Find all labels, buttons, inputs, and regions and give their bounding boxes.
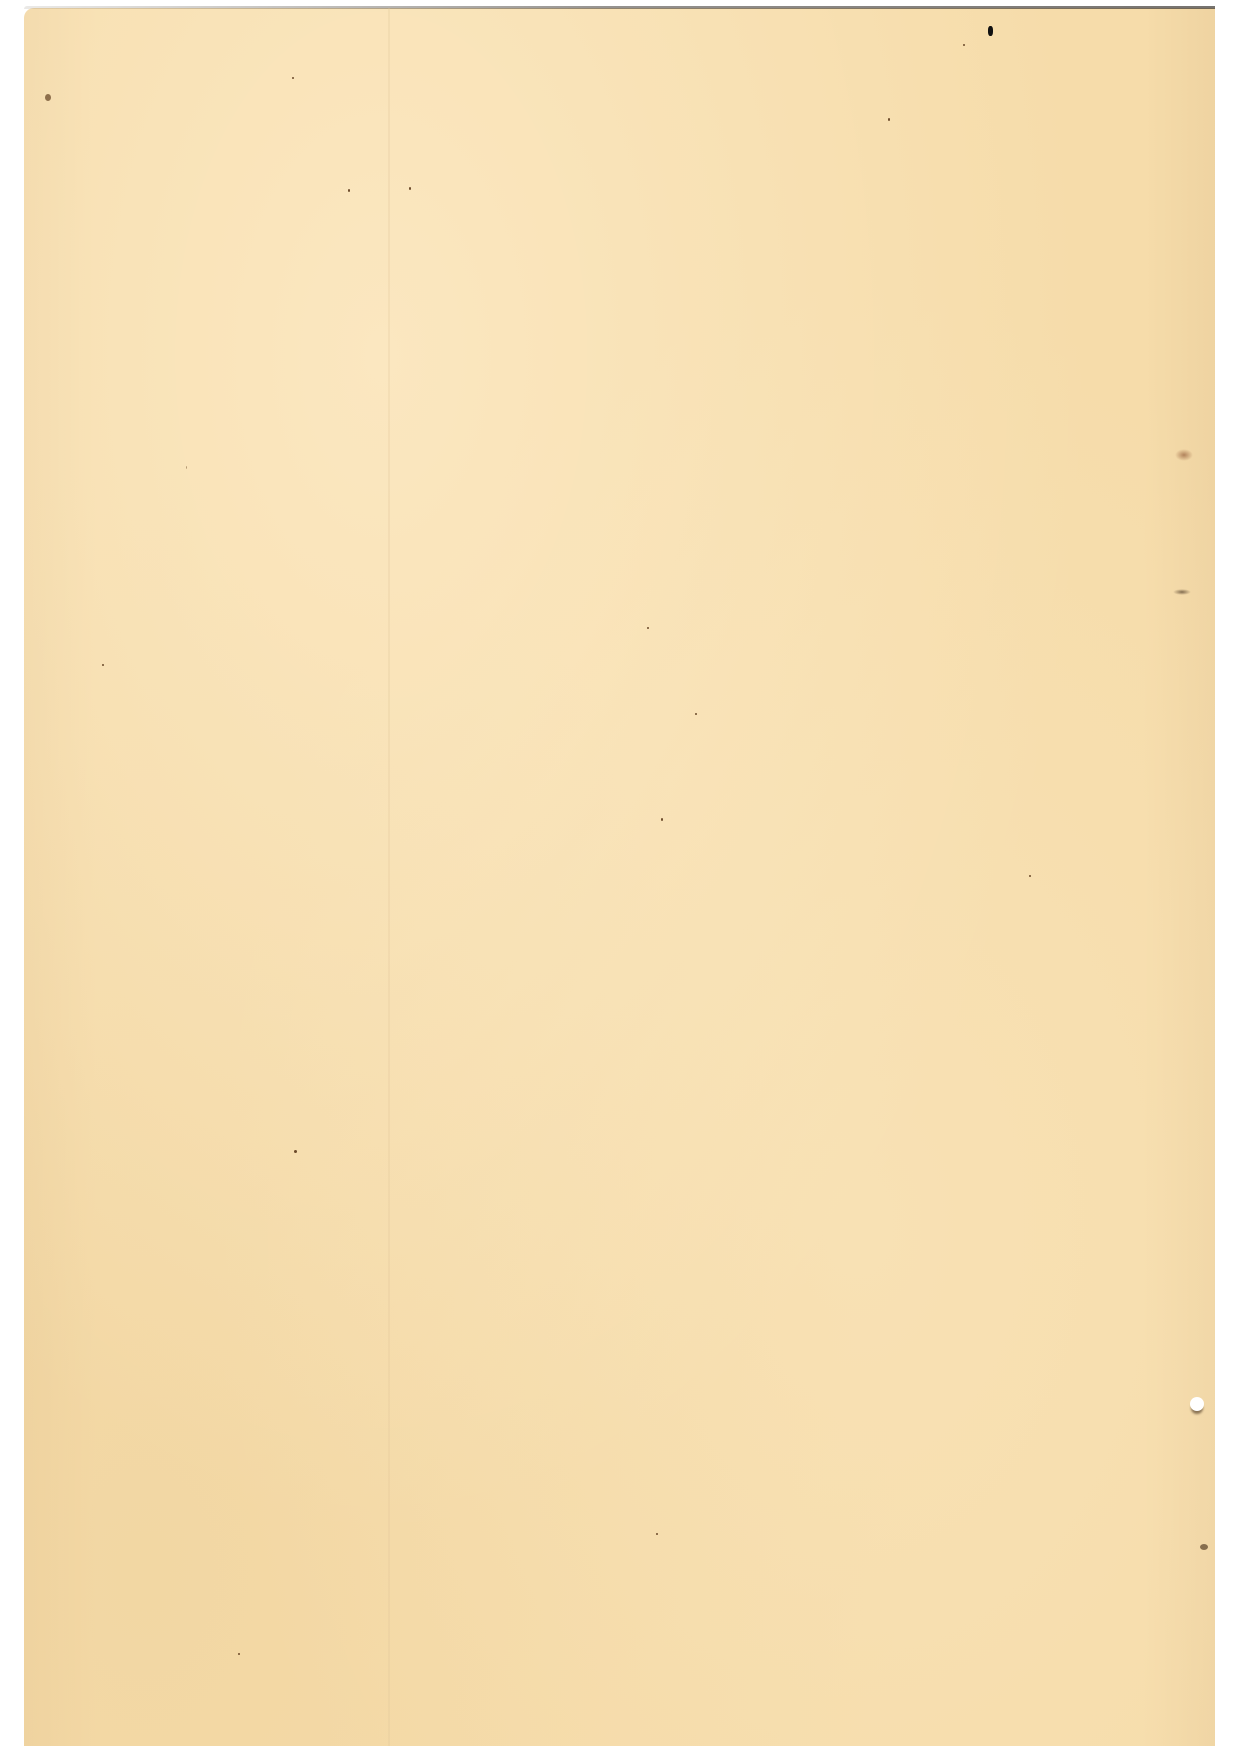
punch-hole-mark [1175,449,1193,461]
paper-speck [1029,875,1031,877]
paper-speck [186,466,187,469]
paper-speck [45,94,51,101]
punch-hole-mark [1173,589,1191,595]
paper-speck [963,44,965,46]
paper-speck [102,664,104,666]
scanned-page [0,0,1241,1754]
paper-speck [294,1150,297,1153]
paper-speck [888,118,890,121]
paper-speck [348,189,350,192]
punch-hole [1190,1397,1204,1411]
punch-hole-mark [1200,1544,1208,1550]
paper-speck [661,818,663,821]
paper-sheet [24,8,1215,1746]
paper-crease [388,8,390,1746]
ink-blot [988,26,993,36]
paper-speck [656,1533,658,1535]
paper-speck [695,713,697,715]
paper-speck [292,77,294,79]
paper-top-edge [24,6,1215,9]
paper-speck [647,627,649,629]
paper-speck [238,1653,240,1655]
paper-speck [409,187,411,190]
